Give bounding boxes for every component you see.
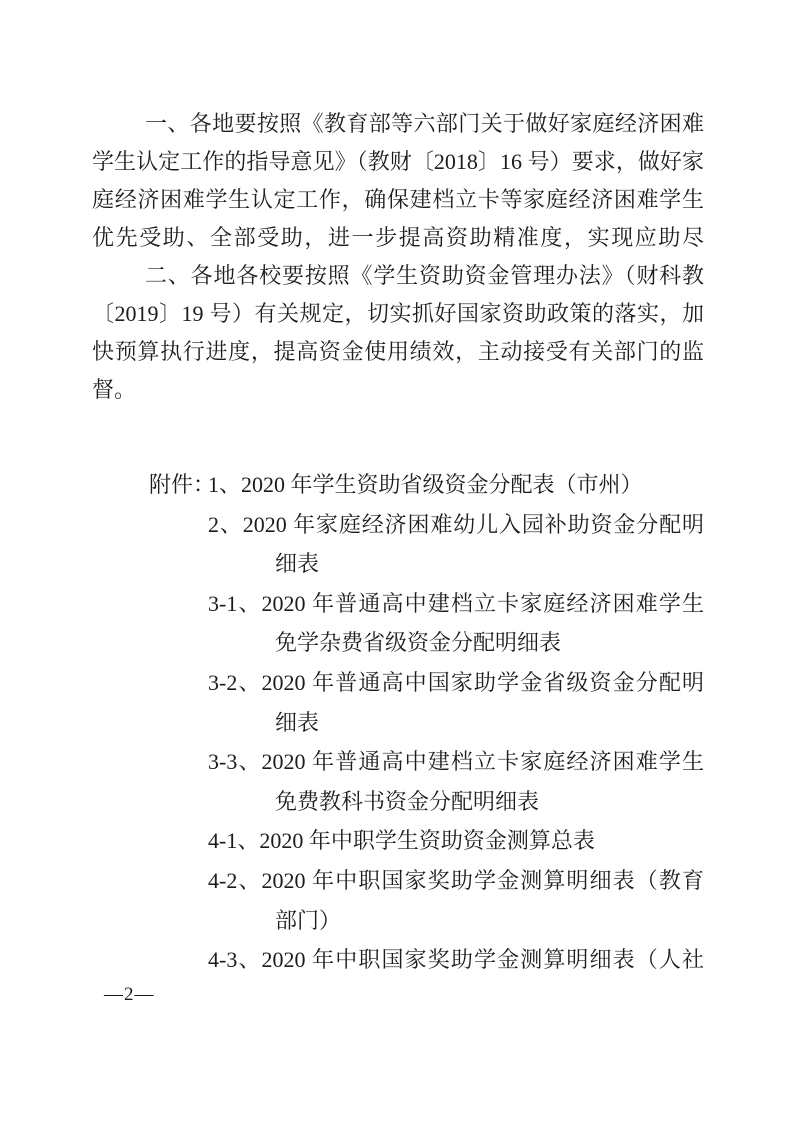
paragraph-2: 二、各地各校要按照《学生资助资金管理办法》（财科教 〔2019〕19 号）有关规… bbox=[92, 257, 704, 409]
attachment-item-3-3: 3-3、2020 年普通高中建档立卡家庭经济困难学生 bbox=[92, 742, 704, 782]
attachment-item-4-2: 4-2、2020 年中职国家奖助学金测算明细表（教育 bbox=[92, 861, 704, 901]
document-page: 一、各地要按照《教育部等六部门关于做好家庭经济困难 学生认定工作的指导意见》（教… bbox=[0, 0, 793, 1122]
attachments-label: 附件： bbox=[149, 465, 215, 505]
attachment-item-4-1: 4-1、2020 年中职学生资助资金测算总表 bbox=[92, 821, 704, 861]
attachment-item-3-1: 3-1、2020 年普通高中建档立卡家庭经济困难学生 bbox=[92, 584, 704, 624]
text-line: 快预算执行进度，提高资金使用绩效，主动接受有关部门的监 bbox=[92, 333, 704, 371]
attachment-item-3-2-cont: 细表 bbox=[92, 703, 704, 743]
page-number: —2— bbox=[104, 982, 155, 1008]
text-line: 〔2019〕19 号）有关规定，切实抓好国家资助政策的落实，加 bbox=[92, 295, 704, 333]
attachment-item-1: 附件： 1、2020 年学生资助省级资金分配表（市州） bbox=[92, 465, 704, 505]
attachment-list: 附件： 1、2020 年学生资助省级资金分配表（市州） 2、2020 年家庭经济… bbox=[92, 465, 704, 980]
body-text: 一、各地要按照《教育部等六部门关于做好家庭经济困难 学生认定工作的指导意见》（教… bbox=[92, 105, 704, 409]
attachment-item-2: 2、2020 年家庭经济困难幼儿入园补助资金分配明 bbox=[92, 505, 704, 545]
attachment-item-4-2-cont: 部门） bbox=[92, 901, 704, 941]
attachment-item-3-3-cont: 免费教科书资金分配明细表 bbox=[92, 782, 704, 822]
attachment-item-4-3: 4-3、2020 年中职国家奖助学金测算明细表（人社 bbox=[92, 940, 704, 980]
paragraph-1: 一、各地要按照《教育部等六部门关于做好家庭经济困难 学生认定工作的指导意见》（教… bbox=[92, 105, 704, 257]
attachment-item-3-1-cont: 免学杂费省级资金分配明细表 bbox=[92, 623, 704, 663]
text-line: 一、各地要按照《教育部等六部门关于做好家庭经济困难 bbox=[92, 105, 704, 143]
text-line: 庭经济困难学生认定工作，确保建档立卡等家庭经济困难学生 bbox=[92, 181, 704, 219]
attachment-item-2-cont: 细表 bbox=[92, 544, 704, 584]
text-line: 优先受助、全部受助，进一步提高资助精准度，实现应助尽助。 bbox=[92, 219, 704, 257]
text-line: 学生认定工作的指导意见》（教财〔2018〕16 号）要求，做好家 bbox=[92, 143, 704, 181]
attachment-item-3-2: 3-2、2020 年普通高中国家助学金省级资金分配明 bbox=[92, 663, 704, 703]
text-line: 二、各地各校要按照《学生资助资金管理办法》（财科教 bbox=[92, 257, 704, 295]
text-line: 督。 bbox=[92, 371, 704, 409]
